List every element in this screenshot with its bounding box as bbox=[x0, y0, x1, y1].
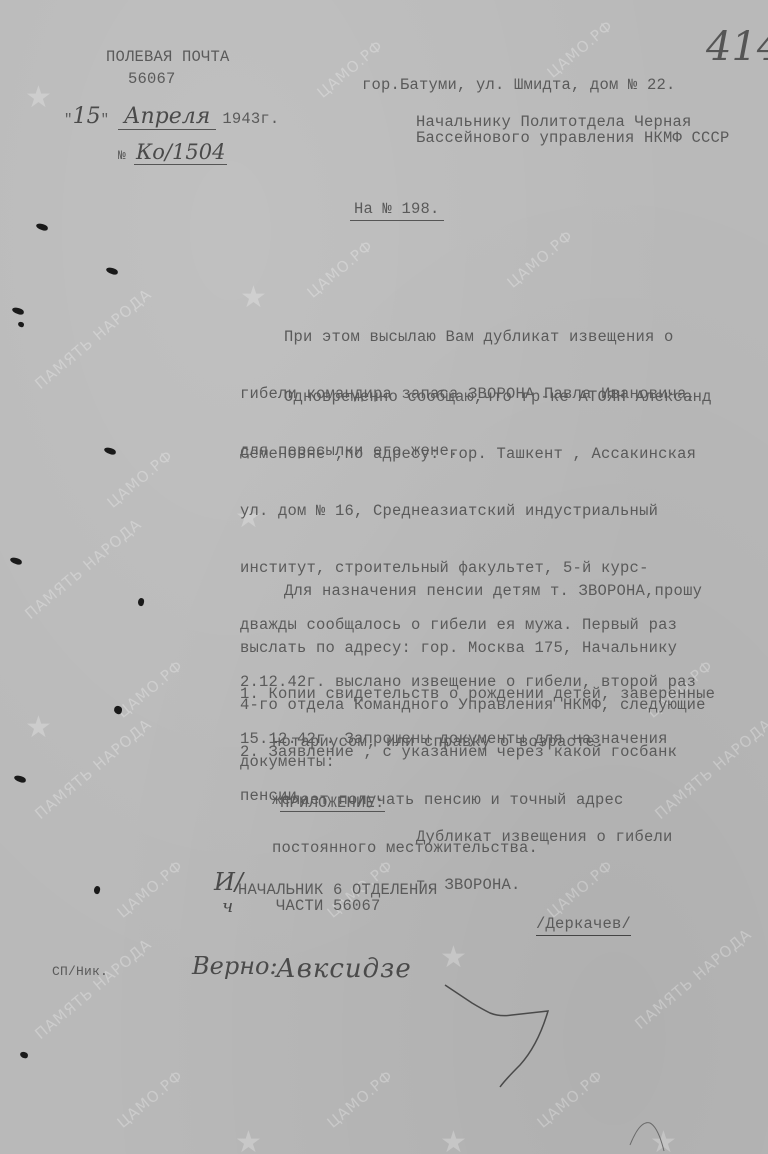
punch-hole bbox=[105, 267, 118, 276]
date-day: 15 bbox=[73, 104, 101, 129]
date-month: Апреля bbox=[118, 104, 217, 130]
signer-title-line2: ЧАСТИ 56067 bbox=[276, 898, 381, 914]
watermark-text: ПАМЯТЬ НАРОДА bbox=[21, 515, 145, 623]
text-line: При этом высылаю Вам дубликат извещения … bbox=[240, 328, 696, 347]
sender-address: гор.Батуми, ул. Шмидта, дом № 22. bbox=[362, 76, 676, 95]
text-line: Дубликат извещения о гибели bbox=[416, 829, 673, 845]
handwritten-sub-mark: ч bbox=[222, 896, 233, 917]
field-post-label: ПОЛЕВАЯ ПОЧТА bbox=[106, 48, 230, 67]
attachment-label: ПРИЛОЖЕНИЕ: bbox=[280, 795, 385, 812]
addressee-line2: Бассейнового управления НКМФ СССР bbox=[416, 130, 730, 146]
reference-number: На № 198. bbox=[350, 200, 444, 221]
document-date: "15" Апреля1943г. bbox=[64, 104, 279, 130]
punch-hole bbox=[19, 1051, 28, 1059]
punch-hole bbox=[93, 885, 101, 894]
star-icon: ★ bbox=[25, 710, 52, 745]
punch-hole bbox=[13, 775, 26, 784]
watermark-text: ЦАМО.РФ bbox=[114, 1066, 187, 1131]
punch-hole bbox=[35, 223, 48, 232]
certified-label: Верно: bbox=[192, 952, 278, 980]
watermark-text: ЦАМО.РФ bbox=[104, 446, 177, 511]
pencil-mark bbox=[620, 1115, 680, 1154]
star-icon: ★ bbox=[440, 1125, 467, 1154]
punch-hole bbox=[103, 447, 116, 456]
watermark-text: ПАМЯТЬ НАРОДА bbox=[631, 925, 755, 1033]
addressee-line1: Начальнику Политотдела Черная bbox=[416, 114, 692, 130]
field-post-number: 56067 bbox=[128, 70, 176, 89]
watermark-text: ЦАМО.РФ bbox=[544, 16, 617, 81]
outgoing-number-value: Ко/1504 bbox=[134, 140, 227, 165]
text-line: Заявление , с указанием через какой госб… bbox=[269, 743, 678, 761]
text-line: т. ЗВОРОНА. bbox=[416, 877, 673, 893]
watermark-text: ЦАМО.РФ bbox=[114, 656, 187, 721]
text-line: Для назначения пенсии детям т. ЗВОРОНА,п… bbox=[240, 582, 706, 601]
punch-hole bbox=[9, 557, 22, 566]
text-line: ул. дом № 16, Среднеазиатский индустриал… bbox=[240, 502, 712, 521]
list-number: 2. bbox=[240, 743, 259, 761]
star-icon: ★ bbox=[235, 1125, 262, 1154]
watermark-text: ПАМЯТЬ НАРОДА bbox=[31, 935, 155, 1043]
punch-hole bbox=[17, 321, 24, 327]
punch-hole bbox=[113, 705, 123, 715]
text-line: Одновременно сообщаю,что гр-ке АТОЯН Але… bbox=[240, 388, 712, 407]
punch-hole bbox=[11, 307, 24, 316]
certified-signature: Авксидзе bbox=[276, 954, 412, 984]
list-number: 1. bbox=[240, 685, 259, 703]
watermark-text: ЦАМО.РФ bbox=[114, 856, 187, 921]
watermark-text: ЦАМО.РФ bbox=[504, 226, 577, 291]
watermark-text: ПАМЯТЬ НАРОДА bbox=[31, 715, 155, 823]
outgoing-number: № Ко/1504 bbox=[118, 140, 227, 165]
star-icon: ★ bbox=[440, 940, 467, 975]
watermark-text: ЦАМО.РФ bbox=[324, 1066, 397, 1131]
punch-hole bbox=[137, 597, 145, 606]
typist-mark: СП/Ник. bbox=[52, 962, 108, 981]
archive-sheet-number: 414 bbox=[706, 24, 768, 70]
signer-name: /Деркачев/ bbox=[536, 916, 631, 936]
star-icon: ★ bbox=[25, 80, 52, 115]
watermark-text: ПАМЯТЬ НАРОДА bbox=[31, 285, 155, 393]
signer-title-line1: НАЧАЛЬНИК 6 ОТДЕЛЕНИЯ bbox=[238, 882, 438, 898]
signature-flourish bbox=[420, 975, 560, 1095]
date-year: 1943г. bbox=[222, 110, 279, 128]
attachment-text: Дубликат извещения о гибели т. ЗВОРОНА. bbox=[416, 797, 673, 909]
text-line: Семеновне ,по адресу: гор. Ташкент , Асс… bbox=[240, 445, 712, 464]
text-line: Копии свидетельств о рождении детей, зав… bbox=[269, 685, 716, 703]
